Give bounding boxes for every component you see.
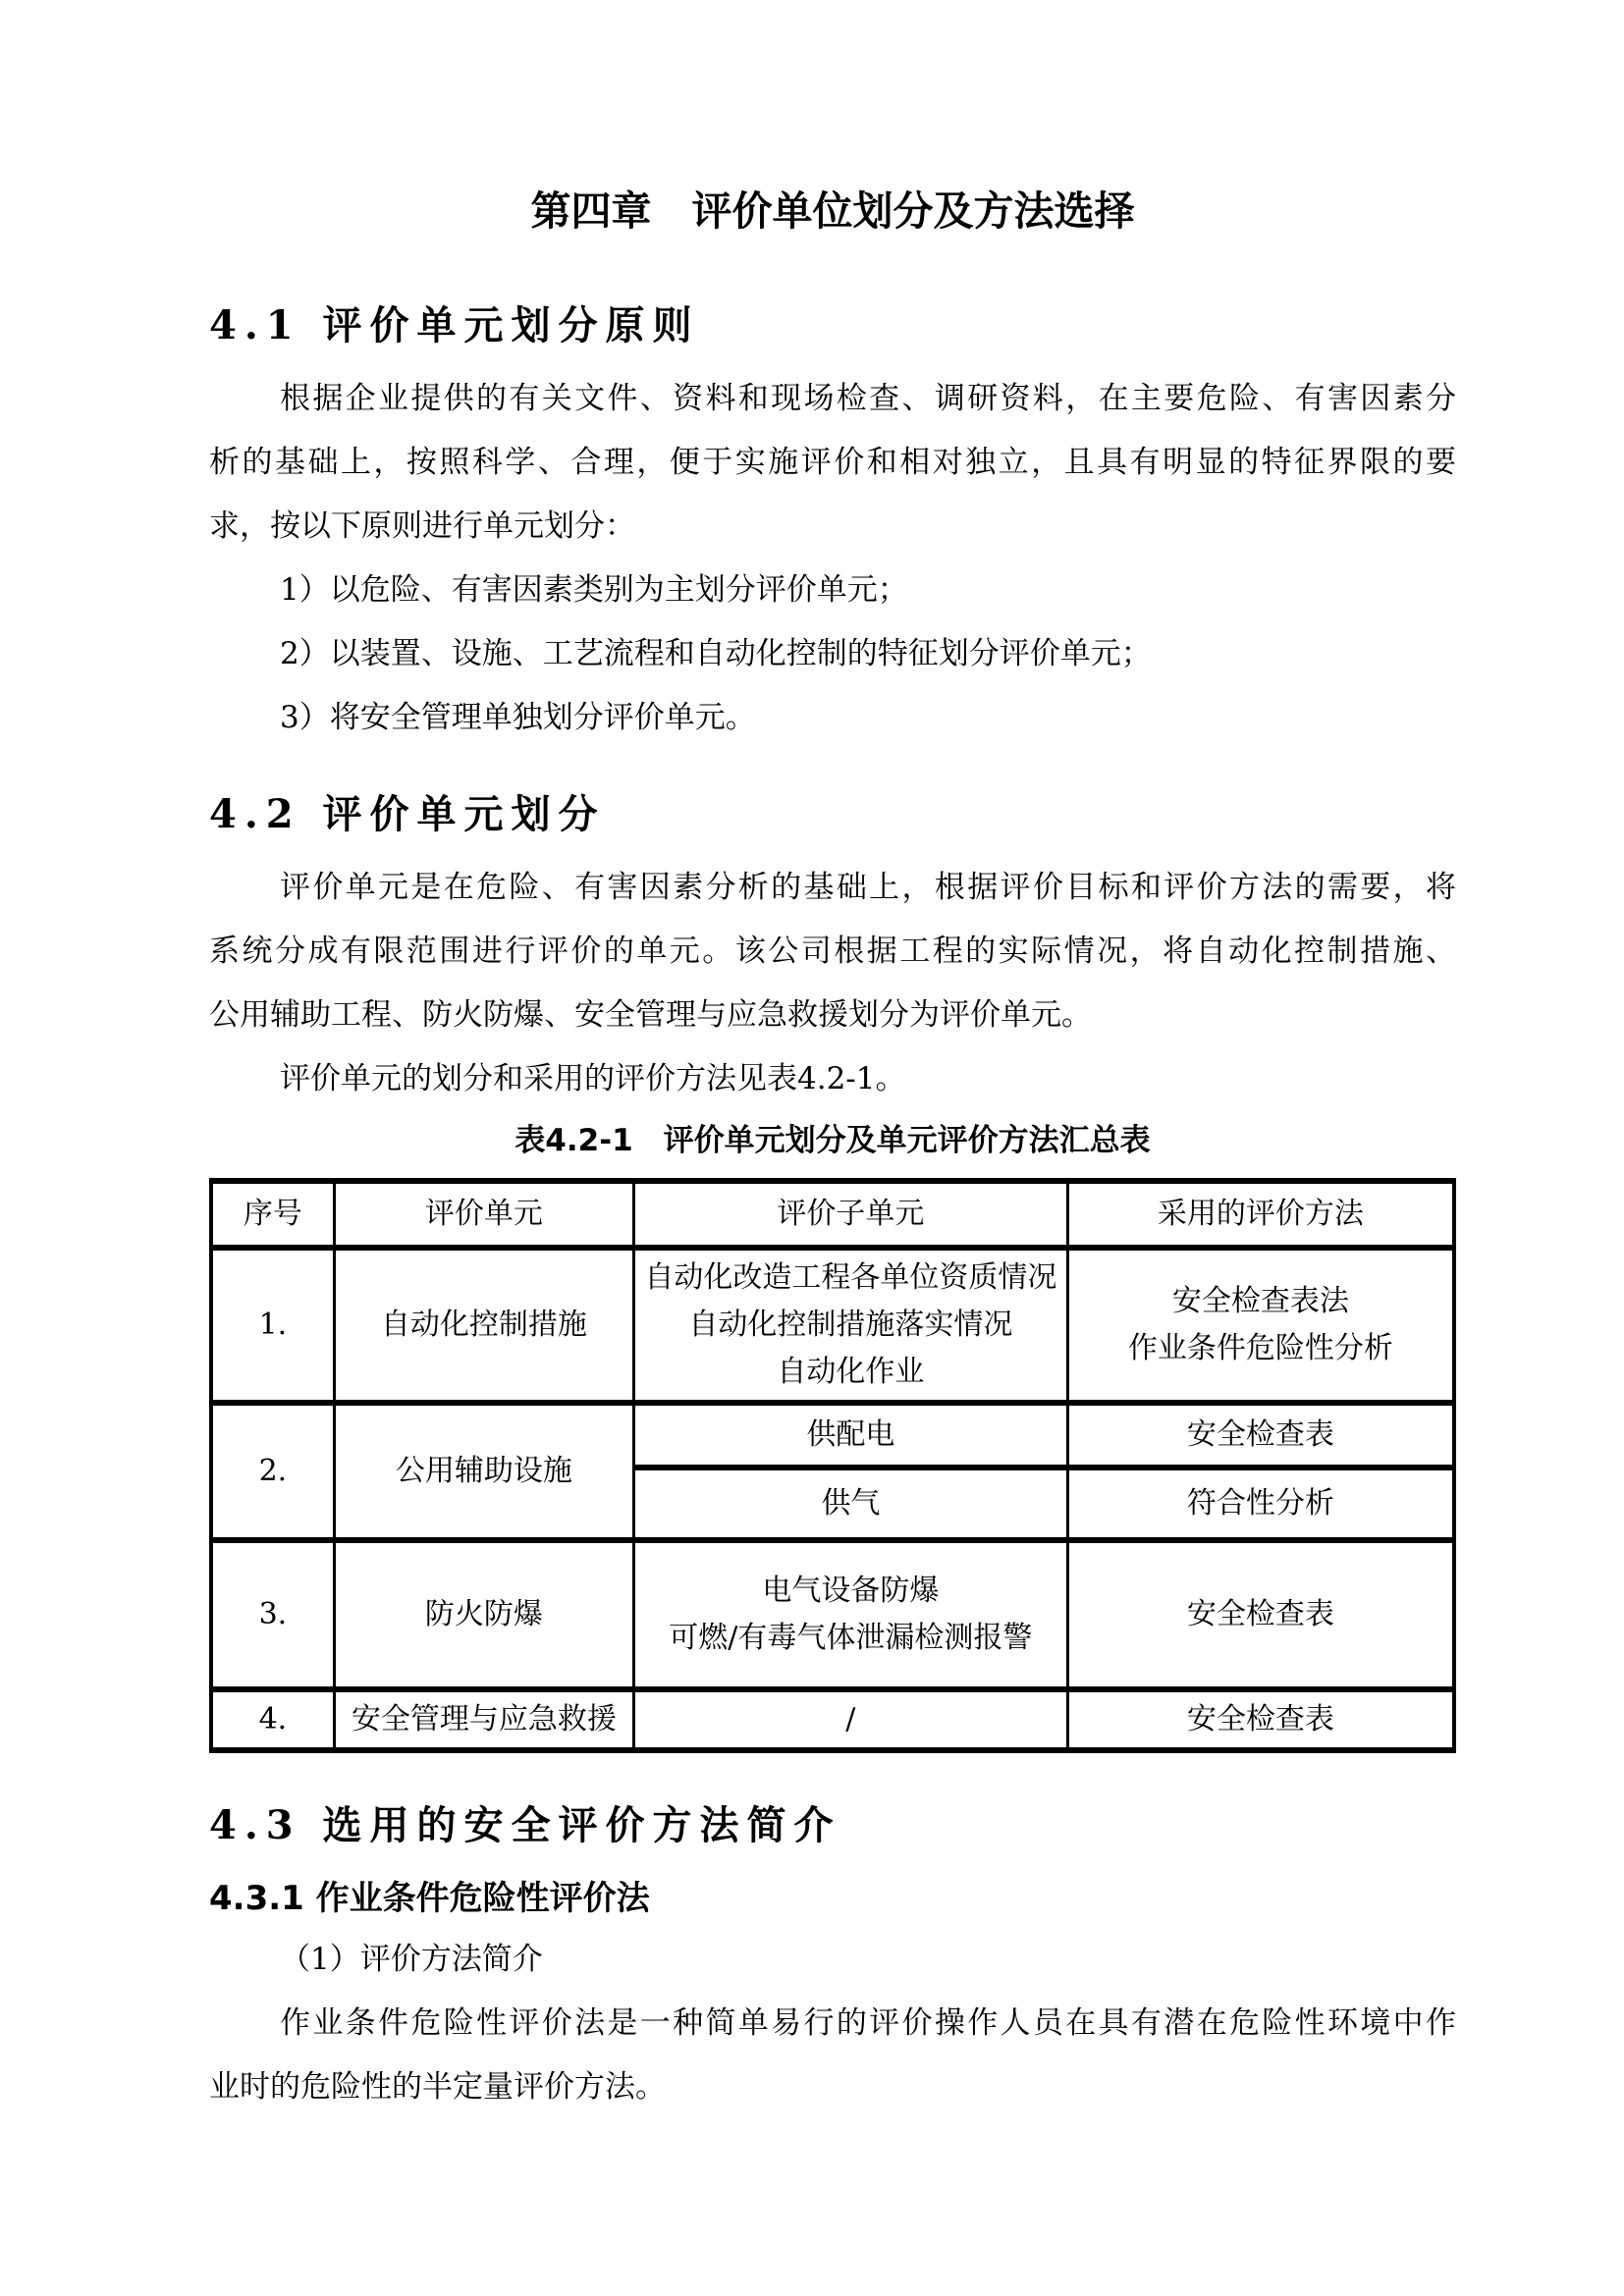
paragraph-line: 析的基础上，按照科学、合理，便于实施评价和相对独立，且具有明显的特征界限的要 [209,431,1456,495]
cell-subunit: / [633,1689,1067,1750]
table-row: 2. 公用辅助设施 供配电 安全检查表 [211,1403,1454,1468]
chapter-title: 第四章 评价单位划分及方法选择 [209,187,1456,236]
header-cell-subunit: 评价子单元 [633,1181,1067,1248]
cell-line: 可燃/有毒气体泄漏检测报警 [639,1615,1062,1662]
cell-no: 3. [211,1540,334,1689]
header-cell-unit: 评价单元 [334,1181,633,1248]
header-cell-method: 采用的评价方法 [1067,1181,1454,1248]
cell-method: 安全检查表法 作业条件危险性分析 [1067,1248,1454,1403]
cell-line: 自动化作业 [639,1349,1062,1396]
document-page: 第四章 评价单位划分及方法选择 4.1 评价单元划分原则 根据企业提供的有关文件… [0,0,1624,2296]
cell-line: 安全检查表法 [1073,1278,1448,1325]
table-row: 3. 防火防爆 电气设备防爆 可燃/有毒气体泄漏检测报警 安全检查表 [211,1540,1454,1689]
section-4-1-list: 1）以危险、有害因素类别为主划分评价单元； 2）以装置、设施、工艺流程和自动化控… [209,559,1456,750]
section-heading-4-1: 4.1 评价单元划分原则 [209,300,1456,351]
cell-unit: 安全管理与应急救援 [334,1689,633,1750]
cell-line: 自动化改造工程各单位资质情况 [639,1255,1062,1302]
cell-method: 安全检查表 [1067,1403,1454,1468]
table-row: 1. 自动化控制措施 自动化改造工程各单位资质情况 自动化控制措施落实情况 自动… [211,1248,1454,1403]
cell-subunit: 自动化改造工程各单位资质情况 自动化控制措施落实情况 自动化作业 [633,1248,1067,1403]
section-heading-4-3: 4.3 选用的安全评价方法简介 [209,1800,1456,1851]
cell-unit: 公用辅助设施 [334,1403,633,1540]
cell-line: 电气设备防爆 [639,1568,1062,1615]
list-item: 1）以危险、有害因素类别为主划分评价单元； [209,559,1456,622]
paragraph-line: 作业条件危险性评价法是一种简单易行的评价操作人员在具有潜在危险性环境中作 [209,1992,1456,2056]
paragraph-line: 公用辅助工程、防火防爆、安全管理与应急救援划分为评价单元。 [209,984,1456,1047]
cell-method: 符合性分析 [1067,1468,1454,1540]
table-caption: 表4.2-1 评价单元划分及单元评价方法汇总表 [209,1119,1456,1162]
table-row: 4. 安全管理与应急救援 / 安全检查表 [211,1689,1454,1750]
cell-subunit: 供气 [633,1468,1067,1540]
cell-line: 自动化控制措施落实情况 [639,1302,1062,1349]
list-item: 2）以装置、设施、工艺流程和自动化控制的特征划分评价单元； [209,622,1456,686]
cell-subunit: 供配电 [633,1403,1067,1468]
table-header-row: 序号 评价单元 评价子单元 采用的评价方法 [211,1181,1454,1248]
cell-no: 2. [211,1403,334,1540]
header-cell-no: 序号 [211,1181,334,1248]
section-4-3-1-body: （1）评价方法简介 作业条件危险性评价法是一种简单易行的评价操作人员在具有潜在危… [209,1928,1456,2119]
cell-no: 4. [211,1689,334,1750]
section-heading-4-2: 4.2 评价单元划分 [209,789,1456,840]
sub-heading-line: （1）评价方法简介 [209,1928,1456,1992]
paragraph-line: 评价单元的划分和采用的评价方法见表4.2-1。 [209,1047,1456,1111]
cell-no: 1. [211,1248,334,1403]
evaluation-units-table: 序号 评价单元 评价子单元 采用的评价方法 1. 自动化控制措施 自动化改造工程… [209,1178,1456,1753]
cell-method: 安全检查表 [1067,1540,1454,1689]
list-item: 3）将安全管理单独划分评价单元。 [209,686,1456,750]
paragraph-line: 根据企业提供的有关文件、资料和现场检查、调研资料，在主要危险、有害因素分 [209,367,1456,431]
cell-unit: 防火防爆 [334,1540,633,1689]
section-4-1-paragraph: 根据企业提供的有关文件、资料和现场检查、调研资料，在主要危险、有害因素分 析的基… [209,367,1456,559]
paragraph-line: 评价单元是在危险、有害因素分析的基础上，根据评价目标和评价方法的需要，将 [209,856,1456,920]
cell-unit: 自动化控制措施 [334,1248,633,1403]
section-heading-4-3-1: 4.3.1 作业条件危险性评价法 [209,1877,1456,1920]
paragraph-line: 求，按以下原则进行单元划分： [209,495,1456,559]
paragraph-line: 业时的危险性的半定量评价方法。 [209,2056,1456,2119]
cell-method: 安全检查表 [1067,1689,1454,1750]
paragraph-line: 系统分成有限范围进行评价的单元。该公司根据工程的实际情况，将自动化控制措施、 [209,920,1456,984]
cell-line: 作业条件危险性分析 [1073,1325,1448,1372]
cell-subunit: 电气设备防爆 可燃/有毒气体泄漏检测报警 [633,1540,1067,1689]
section-4-2-paragraph: 评价单元是在危险、有害因素分析的基础上，根据评价目标和评价方法的需要，将 系统分… [209,856,1456,1111]
